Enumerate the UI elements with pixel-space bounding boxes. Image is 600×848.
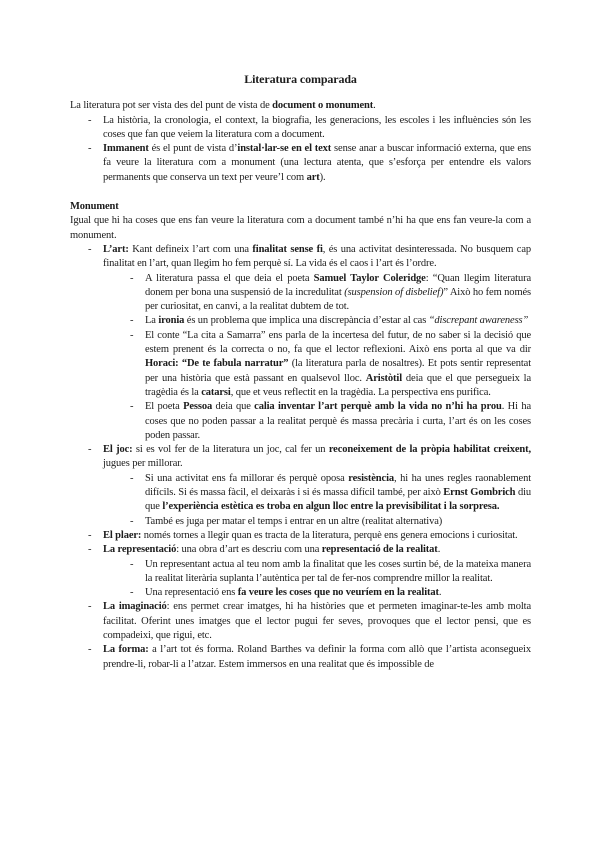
bullet-item: -El joc: si es vol fer de la literatura … — [70, 443, 531, 472]
bullet-item-text: Una representació ens fa veure les coses… — [145, 587, 441, 598]
bullet-item-run-0: Immanent — [103, 143, 149, 154]
bullet-item-run-5: l’experiència estètica es troba en algun… — [162, 501, 499, 512]
bullet-item-text: Un representant actua al teu nom amb la … — [145, 559, 531, 584]
bullet-item-run-4: art — [307, 172, 320, 183]
bullet-item-run-1: Samuel Taylor Coleridge — [314, 273, 426, 284]
bullet-dash: - — [88, 443, 91, 457]
paragraph-run-0: La literatura pot ser vista des del punt… — [70, 100, 272, 111]
bullet-item: -Un representant actua al teu nom amb la… — [70, 558, 531, 587]
bullet-dash: - — [130, 472, 133, 486]
bullet-item-run-0: Un representant actua al teu nom amb la … — [145, 559, 531, 584]
bullet-item-run-0: La representació — [103, 544, 176, 555]
bullet-item: -La ironia és un problema que implica un… — [70, 314, 531, 328]
bullet-item-text: La representació: una obra d’art es desc… — [103, 544, 440, 555]
bullet-item-run-0: L’art: — [103, 244, 129, 255]
bullet-item-run-1: si es vol fer de la literatura un joc, c… — [133, 444, 329, 455]
paragraph-run-0: Igual que hi ha coses que ens fan veure … — [70, 215, 531, 240]
bullet-item-run-0: El plaer: — [103, 530, 141, 541]
bullet-dash: - — [88, 142, 91, 156]
paragraph: La literatura pot ser vista des del punt… — [70, 99, 531, 113]
bullet-item-run-1: resistència — [348, 473, 394, 484]
bullet-item-text: El conte “La cita a Samarra” ens parla d… — [145, 330, 531, 398]
bullet-item: -Immanent és el punt de vista d’instal·l… — [70, 142, 531, 185]
bullet-item-text: L’art: Kant defineix l’art com una final… — [103, 244, 531, 269]
bullet-dash: - — [130, 272, 133, 286]
bullet-item-run-3: . — [438, 544, 441, 555]
document-page: Literatura comparada La literatura pot s… — [0, 0, 600, 848]
bullet-item-run-3: Aristòtil — [366, 373, 402, 384]
bullet-item-run-2: finalitat sense fi — [252, 244, 322, 255]
bullet-item-run-0: La història, la cronologia, el context, … — [103, 115, 531, 140]
bullet-item-run-2: és un problema que implica una discrepàn… — [184, 315, 428, 326]
bullet-item: -També es juga per matar el temps i entr… — [70, 515, 531, 529]
bullet-item: -La imaginació: ens permet crear imatges… — [70, 600, 531, 643]
bullet-item-run-0: El poeta — [145, 401, 183, 412]
paragraph-run-2: . — [373, 100, 376, 111]
bullet-item-run-3: jugues per millorar. — [103, 458, 183, 469]
bullet-item-run-6: , que et veus reflectit en la tragèdia. … — [231, 387, 491, 398]
bullet-dash: - — [130, 586, 133, 600]
paragraph: Igual que hi ha coses que ens fan veure … — [70, 214, 531, 243]
bullet-dash: - — [88, 529, 91, 543]
bullet-item-run-0: Una representació ens — [145, 587, 238, 598]
bullet-item-run-1: fa veure les coses que no veuríem en la … — [238, 587, 439, 598]
bullet-item-run-3: (suspension of disbelief) — [344, 287, 443, 298]
bullet-dash: - — [88, 643, 91, 657]
bullet-item-run-0: La imaginació — [103, 601, 167, 612]
bullet-item-run-0: Si una activitat ens fa millorar és perq… — [145, 473, 348, 484]
bullet-item: -La forma: a l’art tot és forma. Roland … — [70, 643, 531, 672]
bullet-item-text: També es juga per matar el temps i entra… — [145, 516, 442, 527]
bullet-item-run-5: catarsi — [201, 387, 230, 398]
bullet-item-run-1: : una obra d’art es descriu com una — [176, 544, 322, 555]
bullet-item-text: Immanent és el punt de vista d’instal·la… — [103, 143, 531, 183]
bullet-item-run-1: Horaci: “De te fabula narratur” — [145, 358, 288, 369]
section-heading: Monument — [70, 200, 531, 214]
bullet-item-run-3: “discrepant awareness” — [429, 315, 529, 326]
bullet-item: -La història, la cronologia, el context,… — [70, 114, 531, 143]
bullet-item-run-2: instal·lar-se en el text — [237, 143, 331, 154]
bullet-item-run-1: a l’art tot és forma. Roland Barthes va … — [103, 644, 531, 669]
bullet-item-text: El poeta Pessoa deia que calia inventar … — [145, 401, 531, 441]
bullet-item-run-2: . — [439, 587, 442, 598]
bullet-item-text: La imaginació: ens permet crear imatges,… — [103, 601, 531, 641]
paragraph-run-1: document o monument — [272, 100, 373, 111]
bullet-item-run-0: El joc: — [103, 444, 133, 455]
bullet-item-run-5: ). — [320, 172, 326, 183]
bullet-item: -Si una activitat ens fa millorar és per… — [70, 472, 531, 515]
bullet-item-run-0: També es juga per matar el temps i entra… — [145, 516, 442, 527]
bullet-dash: - — [130, 515, 133, 529]
bullet-item-run-3: Ernst Gombrich — [443, 487, 515, 498]
bullet-item-text: A literatura passa el que deia el poeta … — [145, 273, 531, 313]
bullet-dash: - — [88, 243, 91, 257]
bullet-item: -La representació: una obra d’art es des… — [70, 543, 531, 557]
bullet-dash: - — [88, 543, 91, 557]
bullet-item: -El conte “La cita a Samarra” ens parla … — [70, 329, 531, 400]
bullet-item-run-0: El conte “La cita a Samarra” ens parla d… — [145, 330, 531, 355]
bullet-item-run-0: La — [145, 315, 158, 326]
bullet-item: -El plaer: només tornes a llegir quan es… — [70, 529, 531, 543]
bullet-dash: - — [130, 400, 133, 414]
bullet-item-text: La història, la cronologia, el context, … — [103, 115, 531, 140]
bullet-dash: - — [130, 558, 133, 572]
bullet-dash: - — [88, 600, 91, 614]
bullet-item-run-1: només tornes a llegir quan es tracta de … — [141, 530, 517, 541]
bullet-item-text: El plaer: només tornes a llegir quan es … — [103, 530, 518, 541]
bullet-item-text: La forma: a l’art tot és forma. Roland B… — [103, 644, 531, 669]
bullet-item: -El poeta Pessoa deia que calia inventar… — [70, 400, 531, 443]
bullet-item-run-0: La forma: — [103, 644, 149, 655]
bullet-item: -L’art: Kant defineix l’art com una fina… — [70, 243, 531, 272]
document-title: Literatura comparada — [70, 72, 531, 86]
bullet-dash: - — [130, 314, 133, 328]
bullet-item-text: La ironia és un problema que implica una… — [145, 315, 528, 326]
bullet-item: -Una representació ens fa veure les cose… — [70, 586, 531, 600]
bullet-item-run-1: és el punt de vista d’ — [149, 143, 238, 154]
bullet-dash: - — [88, 114, 91, 128]
bullet-item-run-2: deia que — [212, 401, 254, 412]
bullet-item-run-2: reconeixement de la pròpia habilitat cre… — [329, 444, 531, 455]
bullet-item-run-1: : ens permet crear imatges, hi ha històr… — [103, 601, 531, 641]
bullet-item: -A literatura passa el que deia el poeta… — [70, 272, 531, 315]
bullet-dash: - — [130, 329, 133, 343]
bullet-item-run-0: A literatura passa el que deia el poeta — [145, 273, 314, 284]
bullet-item-text: Si una activitat ens fa millorar és perq… — [145, 473, 531, 513]
bullet-item-run-1: Kant defineix l’art com una — [129, 244, 253, 255]
section-heading-run-0: Monument — [70, 201, 119, 212]
document-body: La literatura pot ser vista des del punt… — [70, 99, 531, 672]
bullet-item-text: El joc: si es vol fer de la literatura u… — [103, 444, 531, 469]
bullet-item-run-1: ironia — [158, 315, 184, 326]
bullet-item-run-3: calia inventar l’art perquè amb la vida … — [254, 401, 502, 412]
bullet-item-run-2: representació de la realitat — [322, 544, 438, 555]
bullet-item-run-1: Pessoa — [183, 401, 212, 412]
